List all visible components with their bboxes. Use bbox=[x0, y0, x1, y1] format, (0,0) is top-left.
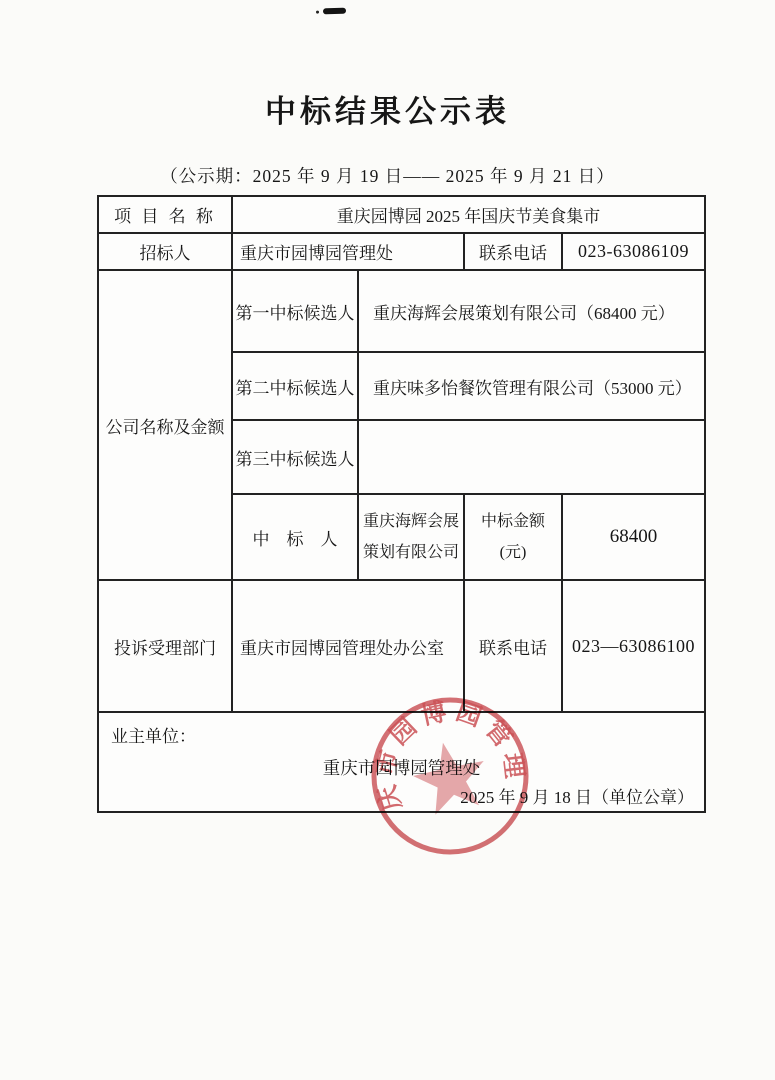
table-row: 投诉受理部门 重庆市园博园管理处办公室 联系电话 023—63086100 bbox=[98, 580, 705, 712]
publicity-period: （公示期：2025 年 9 月 19 日—— 2025 年 9 月 21 日） bbox=[0, 163, 775, 188]
candidate-1-label: 第一中标候选人 bbox=[236, 304, 355, 323]
tenderer-label: 招标人 bbox=[140, 244, 191, 263]
scan-artifact-mark bbox=[323, 8, 346, 15]
winner-amount-label: 中标金额 (元) bbox=[464, 494, 562, 580]
winner-company: 重庆海辉会展 策划有限公司 bbox=[358, 494, 464, 580]
project-name-label: 项 目 名 称 bbox=[114, 207, 216, 226]
winner-amount-value: 68400 bbox=[610, 526, 658, 547]
table-row: 业主单位： 重庆市园博园管理处 2025 年 9 月 18 日（单位公章） bbox=[98, 712, 705, 812]
tenderer-phone-label: 联系电话 bbox=[479, 244, 547, 263]
candidate-2-label: 第二中标候选人 bbox=[236, 379, 355, 398]
tenderer-value: 重庆市园博园管理处 bbox=[240, 244, 393, 263]
winner-amount-label-line1: 中标金额 bbox=[465, 506, 561, 537]
candidate-2-value: 重庆味多怡餐饮管理有限公司（53000 元） bbox=[373, 379, 692, 398]
complaint-phone-label: 联系电话 bbox=[479, 639, 547, 658]
winner-company-line2: 策划有限公司 bbox=[359, 537, 463, 568]
candidate-3-label: 第三中标候选人 bbox=[236, 450, 355, 469]
complaint-dept-label: 投诉受理部门 bbox=[114, 639, 216, 658]
candidate-1-value: 重庆海辉会展策划有限公司（68400 元） bbox=[373, 304, 675, 323]
project-name-value: 重庆园博园 2025 年国庆节美食集市 bbox=[337, 207, 601, 226]
page-title: 中标结果公示表 bbox=[0, 86, 775, 131]
owner-unit-label: 业主单位： bbox=[111, 722, 196, 747]
table-row: 招标人 重庆市园博园管理处 联系电话 023-63086109 bbox=[98, 233, 705, 270]
scanned-document-page: 中标结果公示表 （公示期：2025 年 9 月 19 日—— 2025 年 9 … bbox=[0, 0, 775, 1080]
winner-company-line1: 重庆海辉会展 bbox=[359, 506, 463, 537]
table-row: 项 目 名 称 重庆园博园 2025 年国庆节美食集市 bbox=[98, 196, 705, 233]
winner-amount-label-line2: (元) bbox=[465, 537, 561, 568]
owner-org-name: 重庆市园博园管理处 bbox=[99, 755, 704, 780]
bid-result-table: 项 目 名 称 重庆园博园 2025 年国庆节美食集市 招标人 重庆市园博园管理… bbox=[97, 195, 706, 813]
complaint-dept-value: 重庆市园博园管理处办公室 bbox=[240, 639, 444, 658]
owner-date-line: 2025 年 9 月 18 日（单位公章） bbox=[460, 783, 694, 808]
company-section-label: 公司名称及金额 bbox=[106, 418, 225, 437]
table-row: 公司名称及金额 第一中标候选人 重庆海辉会展策划有限公司（68400 元） bbox=[98, 270, 705, 352]
owner-unit-cell: 业主单位： 重庆市园博园管理处 2025 年 9 月 18 日（单位公章） bbox=[99, 713, 704, 811]
tenderer-phone-value: 023-63086109 bbox=[578, 241, 689, 261]
complaint-phone-value: 023—63086100 bbox=[572, 636, 695, 656]
winner-label: 中 标 人 bbox=[253, 530, 338, 549]
